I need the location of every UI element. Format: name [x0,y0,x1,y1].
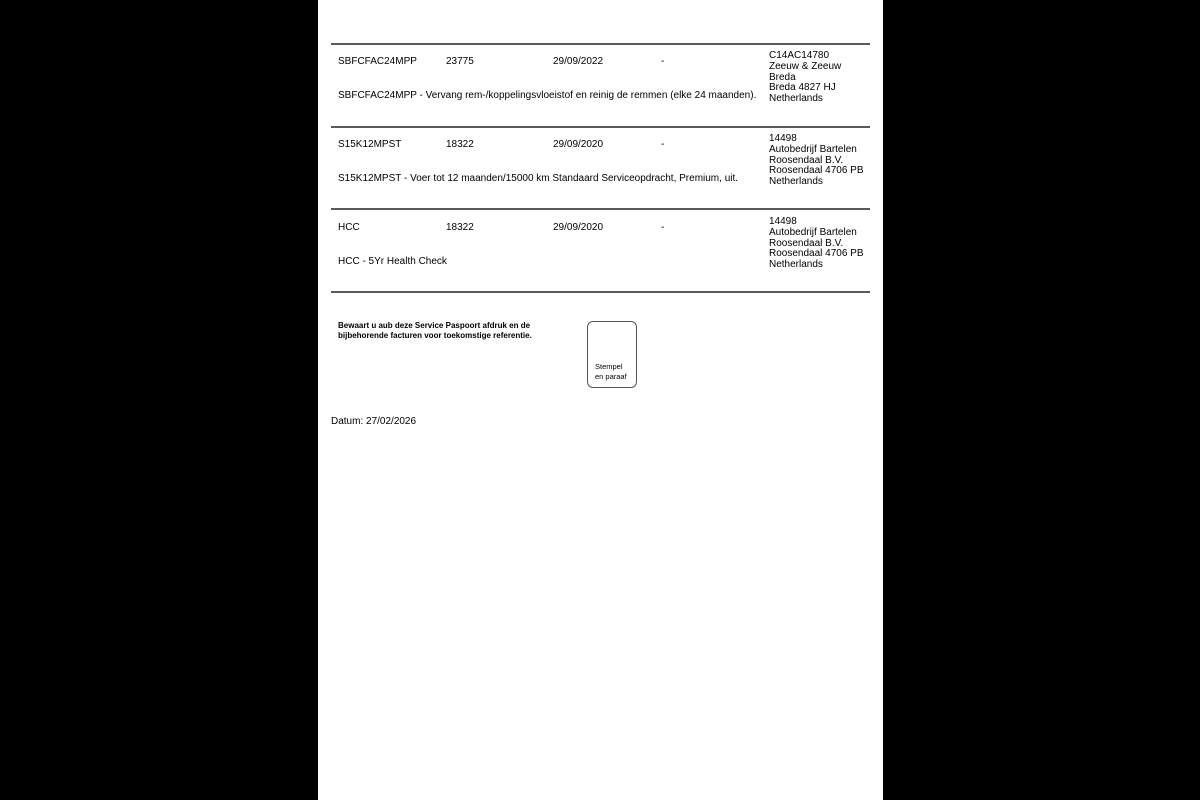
document-page: SBFCFAC24MPP 23775 29/09/2022 - SBFCFAC2… [318,0,883,800]
dealer-name: Autobedrijf Bartelen [769,228,864,239]
service-entry: SBFCFAC24MPP 23775 29/09/2022 - SBFCFAC2… [318,44,883,124]
placeholder-dash: - [661,222,664,233]
dealer-country: Netherlands [769,260,864,271]
service-code: S15K12MPST [338,139,401,150]
service-code: HCC [338,222,360,233]
dealer-name: Autobedrijf Bartelen [769,145,864,156]
placeholder-dash: - [661,139,664,150]
dealer-address: 14498 Autobedrijf Bartelen Roosendaal B.… [769,134,864,188]
service-date: 29/09/2022 [553,56,603,67]
service-entry: HCC 18322 29/09/2020 - HCC - 5Yr Health … [318,210,883,290]
dealer-address: 14498 Autobedrijf Bartelen Roosendaal B.… [769,217,864,271]
mileage: 23775 [446,56,474,67]
stamp-box: Stempelen paraaf [587,321,637,388]
dealer-address: C14AC14780 Zeeuw & Zeeuw Breda Breda 482… [769,51,841,105]
dealer-name: Zeeuw & Zeeuw [769,62,841,73]
divider [331,291,870,293]
placeholder-dash: - [661,56,664,67]
dealer-country: Netherlands [769,94,841,105]
stamp-label: Stempelen paraaf [595,362,635,381]
service-date: 29/09/2020 [553,222,603,233]
service-entry: S15K12MPST 18322 29/09/2020 - S15K12MPST… [318,127,883,207]
dealer-country: Netherlands [769,177,864,188]
service-date: 29/09/2020 [553,139,603,150]
service-description: S15K12MPST - Voer tot 12 maanden/15000 k… [338,173,738,184]
service-description: SBFCFAC24MPP - Vervang rem-/koppelingsvl… [338,90,756,101]
service-code: SBFCFAC24MPP [338,56,417,67]
print-date: Datum: 27/02/2026 [331,416,416,427]
retention-note: Bewaart u aub deze Service Paspoort afdr… [338,321,558,341]
stamp-label-line-1: Stempel [595,362,623,371]
stamp-label-line-2: en paraaf [595,372,627,381]
mileage: 18322 [446,139,474,150]
mileage: 18322 [446,222,474,233]
service-description: HCC - 5Yr Health Check [338,256,447,267]
